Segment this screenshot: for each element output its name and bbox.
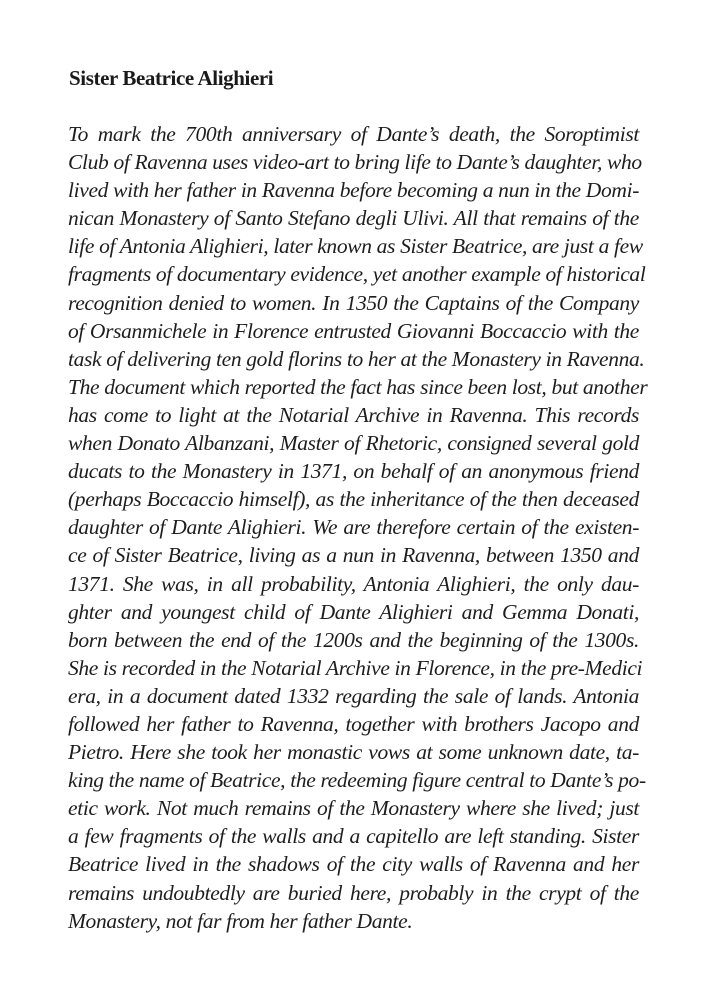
body-line: life of Antonia Alighieri, later known a… <box>68 232 639 260</box>
body-line: nican Monastery of Santo Stefano degli U… <box>68 204 639 232</box>
body-line: ducats to the Monastery in 1371, on beha… <box>68 457 639 485</box>
body-line: etic work. Not much remains of the Monas… <box>68 794 639 822</box>
body-line: ghter and youngest child of Dante Alighi… <box>68 598 639 626</box>
document-title: Sister Beatrice Alighieri <box>69 66 273 91</box>
document-body: To mark the 700th anniversary of Dante’s… <box>68 120 639 935</box>
body-line: era, in a document dated 1332 regarding … <box>68 682 639 710</box>
body-line: task of delivering ten gold florins to h… <box>68 345 639 373</box>
body-line: fragments of documentary evidence, yet a… <box>68 260 639 288</box>
body-line: 1371. She was, in all probability, Anton… <box>68 570 639 598</box>
body-line: a few fragments of the walls and a capit… <box>68 822 639 850</box>
body-line: lived with her father in Ravenna before … <box>68 176 639 204</box>
body-line: followed her father to Ravenna, together… <box>68 710 639 738</box>
body-line: daughter of Dante Alighieri. We are ther… <box>68 513 639 541</box>
body-line: recognition denied to women. In 1350 the… <box>68 289 639 317</box>
body-line: Pietro. Here she took her monastic vows … <box>68 738 639 766</box>
body-line: born between the end of the 1200s and th… <box>68 626 639 654</box>
body-line: king the name of Beatrice, the redeeming… <box>68 766 639 794</box>
body-line: has come to light at the Notarial Archiv… <box>68 401 639 429</box>
body-line: Club of Ravenna uses video-art to bring … <box>68 148 639 176</box>
body-line: ce of Sister Beatrice, living as a nun i… <box>68 541 639 569</box>
body-line: of Orsanmichele in Florence entrusted Gi… <box>68 317 639 345</box>
body-line: (perhaps Boccaccio himself), as the inhe… <box>68 485 639 513</box>
body-line: when Donato Albanzani, Master of Rhetori… <box>68 429 639 457</box>
body-line: To mark the 700th anniversary of Dante’s… <box>68 120 639 148</box>
body-line: The document which reported the fact has… <box>68 373 639 401</box>
body-line: She is recorded in the Notarial Archive … <box>68 654 639 682</box>
document-page: Sister Beatrice Alighieri To mark the 70… <box>0 0 705 1000</box>
body-line: remains undoubtedly are buried here, pro… <box>68 879 639 907</box>
body-line: Monastery, not far from her father Dante… <box>68 907 639 935</box>
body-line: Beatrice lived in the shadows of the cit… <box>68 850 639 878</box>
